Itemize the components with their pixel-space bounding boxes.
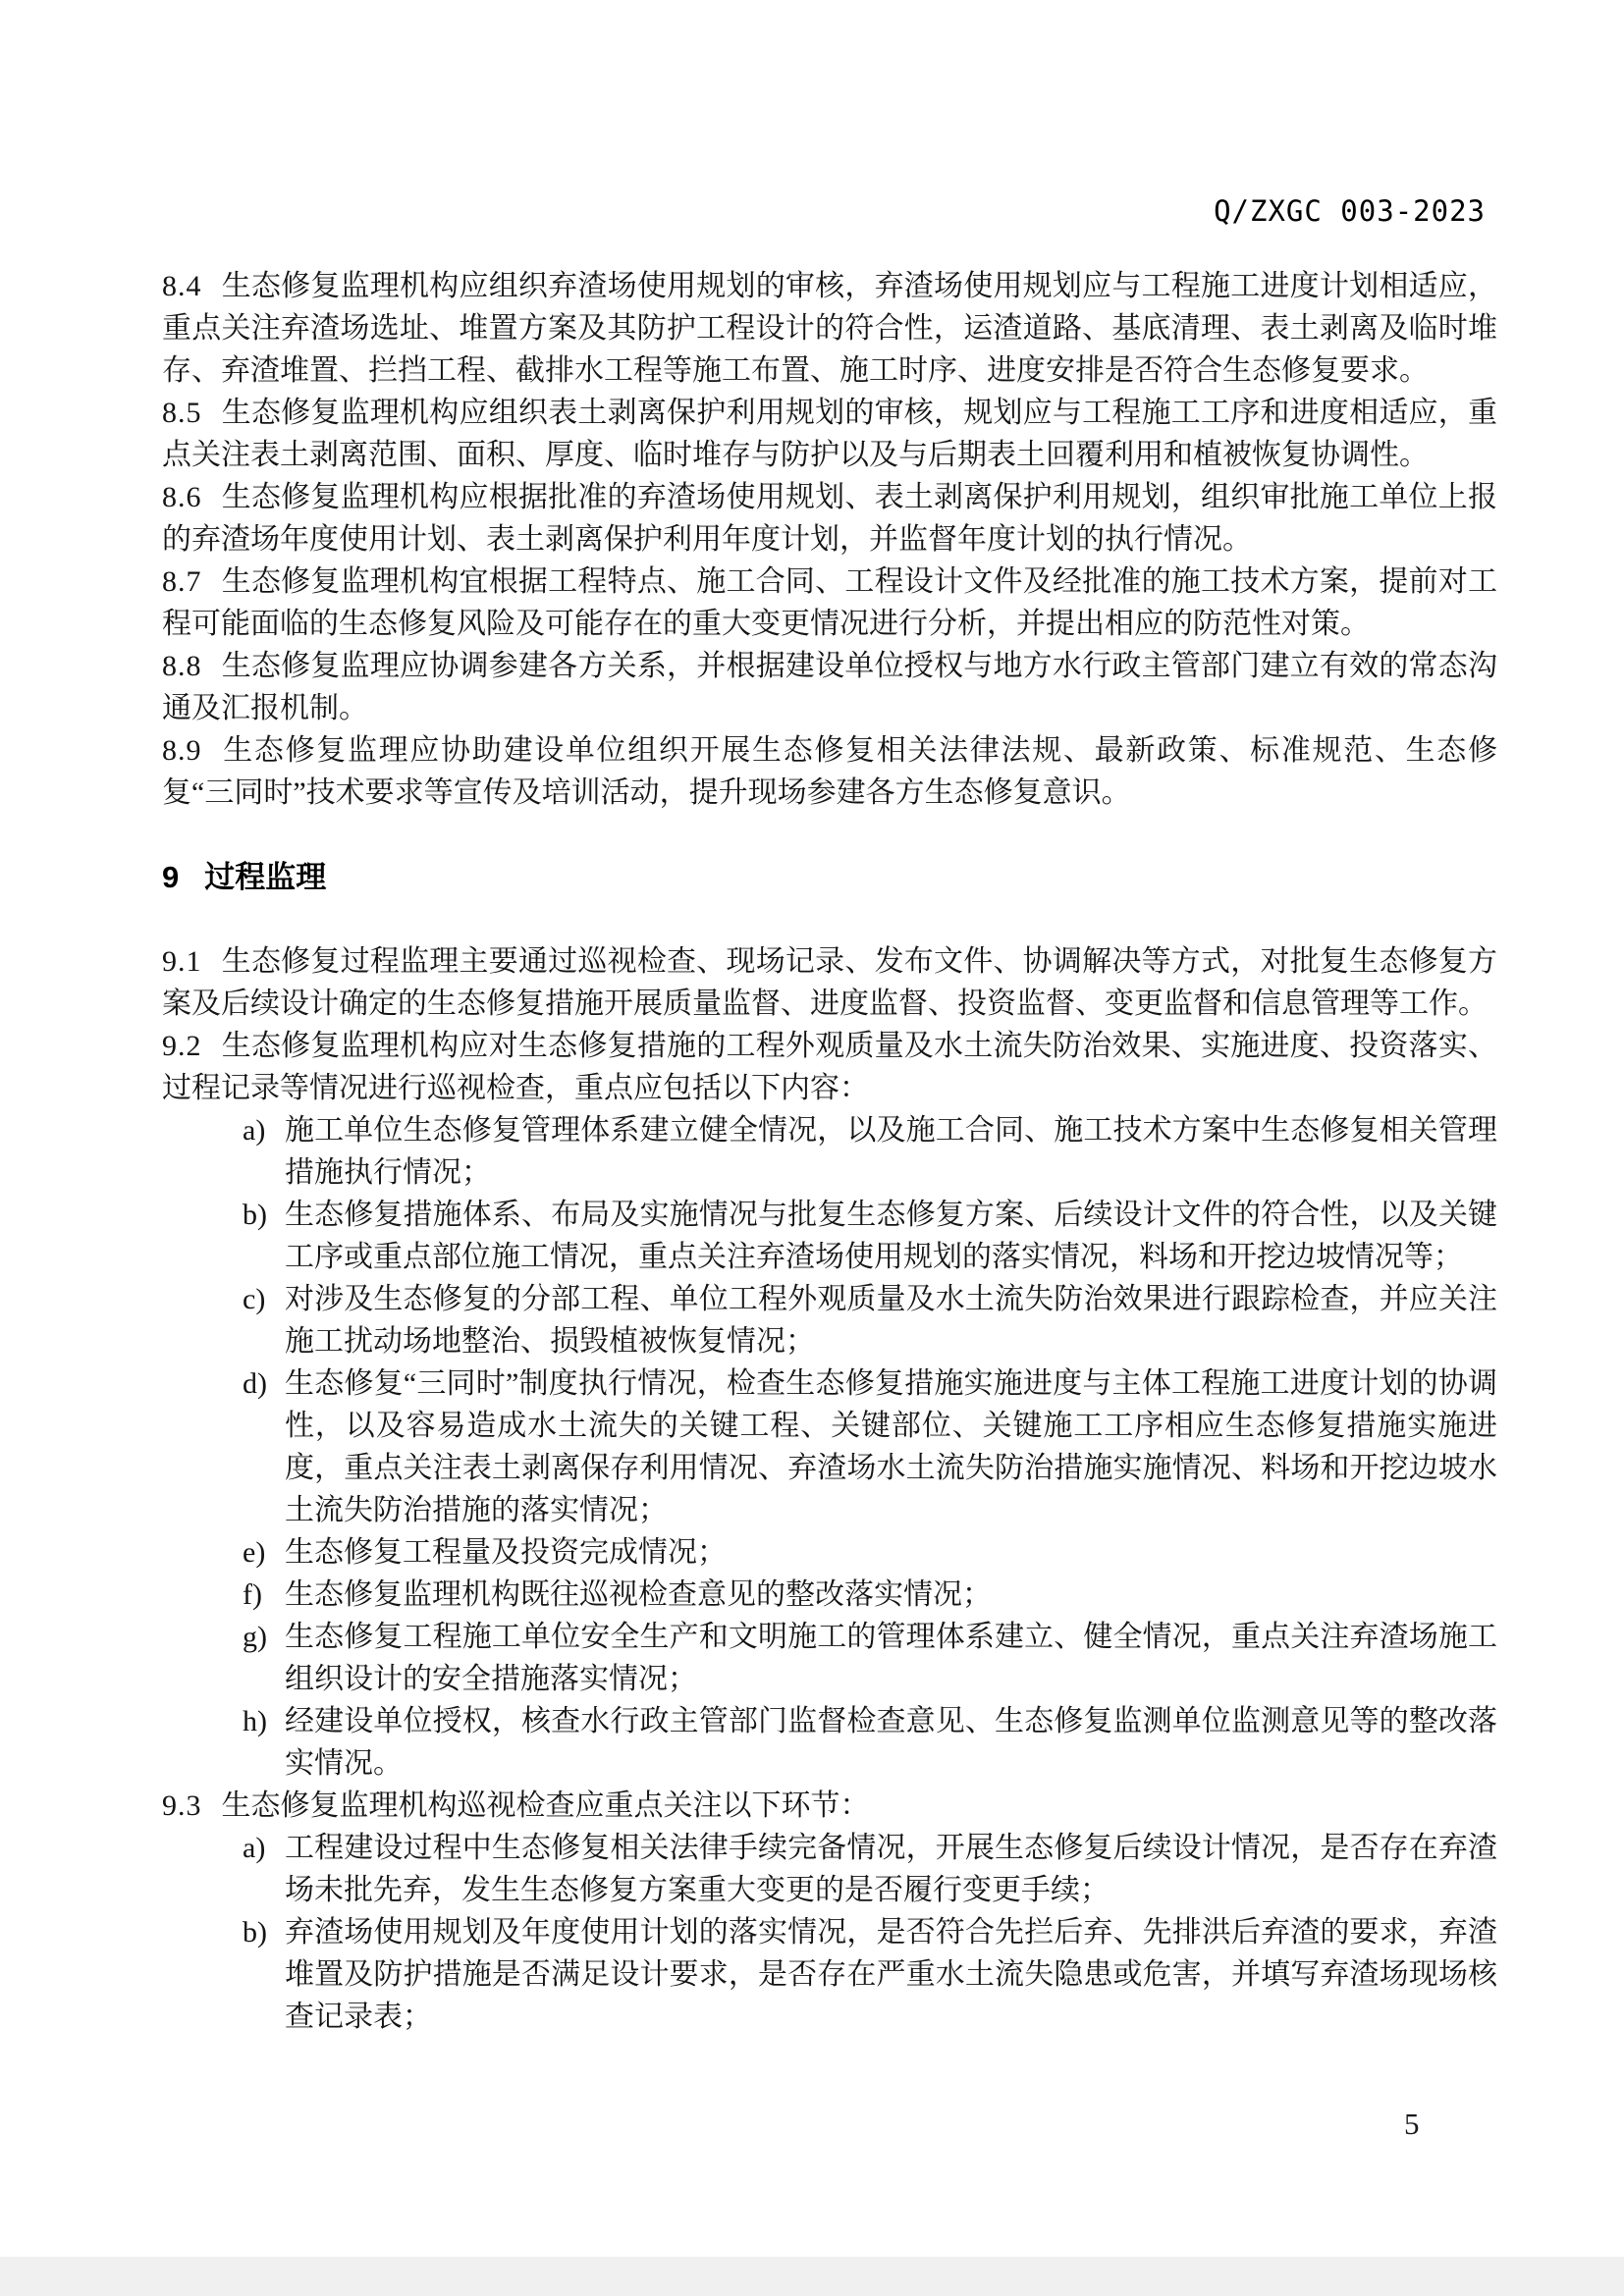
clause-number: 9.3 — [162, 1785, 202, 1827]
document-page: Q/ZXGC 003-2023 8.4生态修复监理机构应组织弃渣场使用规划的审核… — [0, 0, 1624, 2296]
standard-code-header: Q/ZXGC 003-2023 — [1214, 194, 1486, 228]
clause-text: 生态修复监理机构应根据批准的弃渣场使用规划、表土剥离保护利用规划，组织审批施工单… — [162, 481, 1497, 556]
list-item-label: b) — [243, 1911, 267, 1953]
list-item-a: a)工程建设过程中生态修复相关法律手续完备情况，开展生态修复后续设计情况，是否存… — [162, 1827, 1497, 1911]
clause-8-8: 8.8生态修复监理应协调参建各方关系，并根据建设单位授权与地方水行政主管部门建立… — [162, 645, 1497, 729]
list-item-label: f) — [243, 1574, 262, 1616]
list-item-label: c) — [243, 1278, 265, 1320]
clause-9-3-list: a)工程建设过程中生态修复相关法律手续完备情况，开展生态修复后续设计情况，是否存… — [162, 1827, 1497, 2038]
clause-text: 生态修复监理应协助建设单位组织开展生态修复相关法律法规、最新政策、标准规范、生态… — [162, 734, 1497, 809]
document-body: 8.4生态修复监理机构应组织弃渣场使用规划的审核，弃渣场使用规划应与工程施工进度… — [162, 265, 1497, 2038]
list-item-g: g)生态修复工程施工单位安全生产和文明施工的管理体系建立、健全情况，重点关注弃渣… — [162, 1616, 1497, 1700]
list-item-text: 生态修复监理机构既往巡视检查意见的整改落实情况； — [285, 1578, 992, 1611]
list-item-label: b) — [243, 1194, 267, 1236]
list-item-f: f)生态修复监理机构既往巡视检查意见的整改落实情况； — [162, 1574, 1497, 1616]
clause-9-2-list: a)施工单位生态修复管理体系建立健全情况，以及施工合同、施工技术方案中生态修复相… — [162, 1109, 1497, 1785]
clause-number: 8.6 — [162, 476, 202, 518]
list-item-c: c)对涉及生态修复的分部工程、单位工程外观质量及水土流失防治效果进行跟踪检查，并… — [162, 1278, 1497, 1362]
clause-text: 生态修复过程监理主要通过巡视检查、现场记录、发布文件、协调解决等方式，对批复生态… — [162, 945, 1497, 1020]
section-title: 过程监理 — [204, 860, 326, 894]
list-item-h: h)经建设单位授权，核查水行政主管部门监督检查意见、生态修复监测单位监测意见等的… — [162, 1700, 1497, 1785]
clause-number: 8.4 — [162, 265, 202, 307]
clause-number: 8.8 — [162, 645, 202, 687]
section-9-heading: 9过程监理 — [162, 856, 1497, 898]
clause-9-2: 9.2生态修复监理机构应对生态修复措施的工程外观质量及水土流失防治效果、实施进度… — [162, 1025, 1497, 1109]
list-item-label: g) — [243, 1616, 267, 1658]
clause-text: 生态修复监理机构宜根据工程特点、施工合同、工程设计文件及经批准的施工技术方案，提… — [162, 565, 1497, 640]
list-item-text: 工程建设过程中生态修复相关法律手续完备情况，开展生态修复后续设计情况，是否存在弃… — [285, 1832, 1497, 1906]
list-item-text: 生态修复“三同时”制度执行情况，检查生态修复措施实施进度与主体工程施工进度计划的… — [285, 1367, 1497, 1526]
clause-text: 生态修复监理机构应组织表土剥离保护利用规划的审核，规划应与工程施工工序和进度相适… — [162, 397, 1497, 471]
clause-text: 生态修复监理应协调参建各方关系，并根据建设单位授权与地方水行政主管部门建立有效的… — [162, 650, 1497, 724]
list-item-label: h) — [243, 1700, 267, 1742]
list-item-text: 弃渣场使用规划及年度使用计划的落实情况，是否符合先拦后弃、先排洪后弃渣的要求，弃… — [285, 1916, 1497, 2033]
list-item-text: 生态修复工程量及投资完成情况； — [285, 1536, 727, 1569]
list-item-label: a) — [243, 1109, 265, 1151]
clause-number: 9.2 — [162, 1025, 202, 1067]
clause-8-5: 8.5生态修复监理机构应组织表土剥离保护利用规划的审核，规划应与工程施工工序和进… — [162, 392, 1497, 476]
clause-number: 8.9 — [162, 729, 202, 772]
clause-9-3: 9.3生态修复监理机构巡视检查应重点关注以下环节： — [162, 1785, 1497, 1827]
clause-number: 9.1 — [162, 940, 202, 983]
list-item-text: 经建设单位授权，核查水行政主管部门监督检查意见、生态修复监测单位监测意见等的整改… — [285, 1705, 1497, 1780]
page-number: 5 — [1404, 2107, 1420, 2142]
list-item-b: b)弃渣场使用规划及年度使用计划的落实情况，是否符合先拦后弃、先排洪后弃渣的要求… — [162, 1911, 1497, 2038]
list-item-text: 生态修复工程施工单位安全生产和文明施工的管理体系建立、健全情况，重点关注弃渣场施… — [285, 1621, 1497, 1695]
clause-number: 8.5 — [162, 392, 202, 434]
clause-text: 生态修复监理机构巡视检查应重点关注以下环节： — [222, 1789, 870, 1822]
list-item-label: d) — [243, 1362, 267, 1405]
clause-number: 8.7 — [162, 561, 202, 603]
list-item-label: e) — [243, 1531, 265, 1574]
list-item-a: a)施工单位生态修复管理体系建立健全情况，以及施工合同、施工技术方案中生态修复相… — [162, 1109, 1497, 1194]
list-item-d: d)生态修复“三同时”制度执行情况，检查生态修复措施实施进度与主体工程施工进度计… — [162, 1362, 1497, 1531]
clause-9-1: 9.1生态修复过程监理主要通过巡视检查、现场记录、发布文件、协调解决等方式，对批… — [162, 940, 1497, 1025]
page-bottom-edge — [0, 2257, 1624, 2296]
clause-8-9: 8.9生态修复监理应协助建设单位组织开展生态修复相关法律法规、最新政策、标准规范… — [162, 729, 1497, 814]
section-number: 9 — [162, 856, 179, 898]
clause-text: 生态修复监理机构应组织弃渣场使用规划的审核，弃渣场使用规划应与工程施工进度计划相… — [162, 270, 1497, 387]
list-item-text: 对涉及生态修复的分部工程、单位工程外观质量及水土流失防治效果进行跟踪检查，并应关… — [285, 1283, 1497, 1358]
clause-text: 生态修复监理机构应对生态修复措施的工程外观质量及水土流失防治效果、实施进度、投资… — [162, 1030, 1497, 1104]
list-item-text: 生态修复措施体系、布局及实施情况与批复生态修复方案、后续设计文件的符合性，以及关… — [285, 1199, 1497, 1273]
list-item-e: e)生态修复工程量及投资完成情况； — [162, 1531, 1497, 1574]
clause-8-7: 8.7生态修复监理机构宜根据工程特点、施工合同、工程设计文件及经批准的施工技术方… — [162, 561, 1497, 645]
clause-8-4: 8.4生态修复监理机构应组织弃渣场使用规划的审核，弃渣场使用规划应与工程施工进度… — [162, 265, 1497, 392]
list-item-b: b)生态修复措施体系、布局及实施情况与批复生态修复方案、后续设计文件的符合性，以… — [162, 1194, 1497, 1278]
list-item-label: a) — [243, 1827, 265, 1869]
list-item-text: 施工单位生态修复管理体系建立健全情况，以及施工合同、施工技术方案中生态修复相关管… — [285, 1114, 1497, 1189]
clause-8-6: 8.6生态修复监理机构应根据批准的弃渣场使用规划、表土剥离保护利用规划，组织审批… — [162, 476, 1497, 561]
